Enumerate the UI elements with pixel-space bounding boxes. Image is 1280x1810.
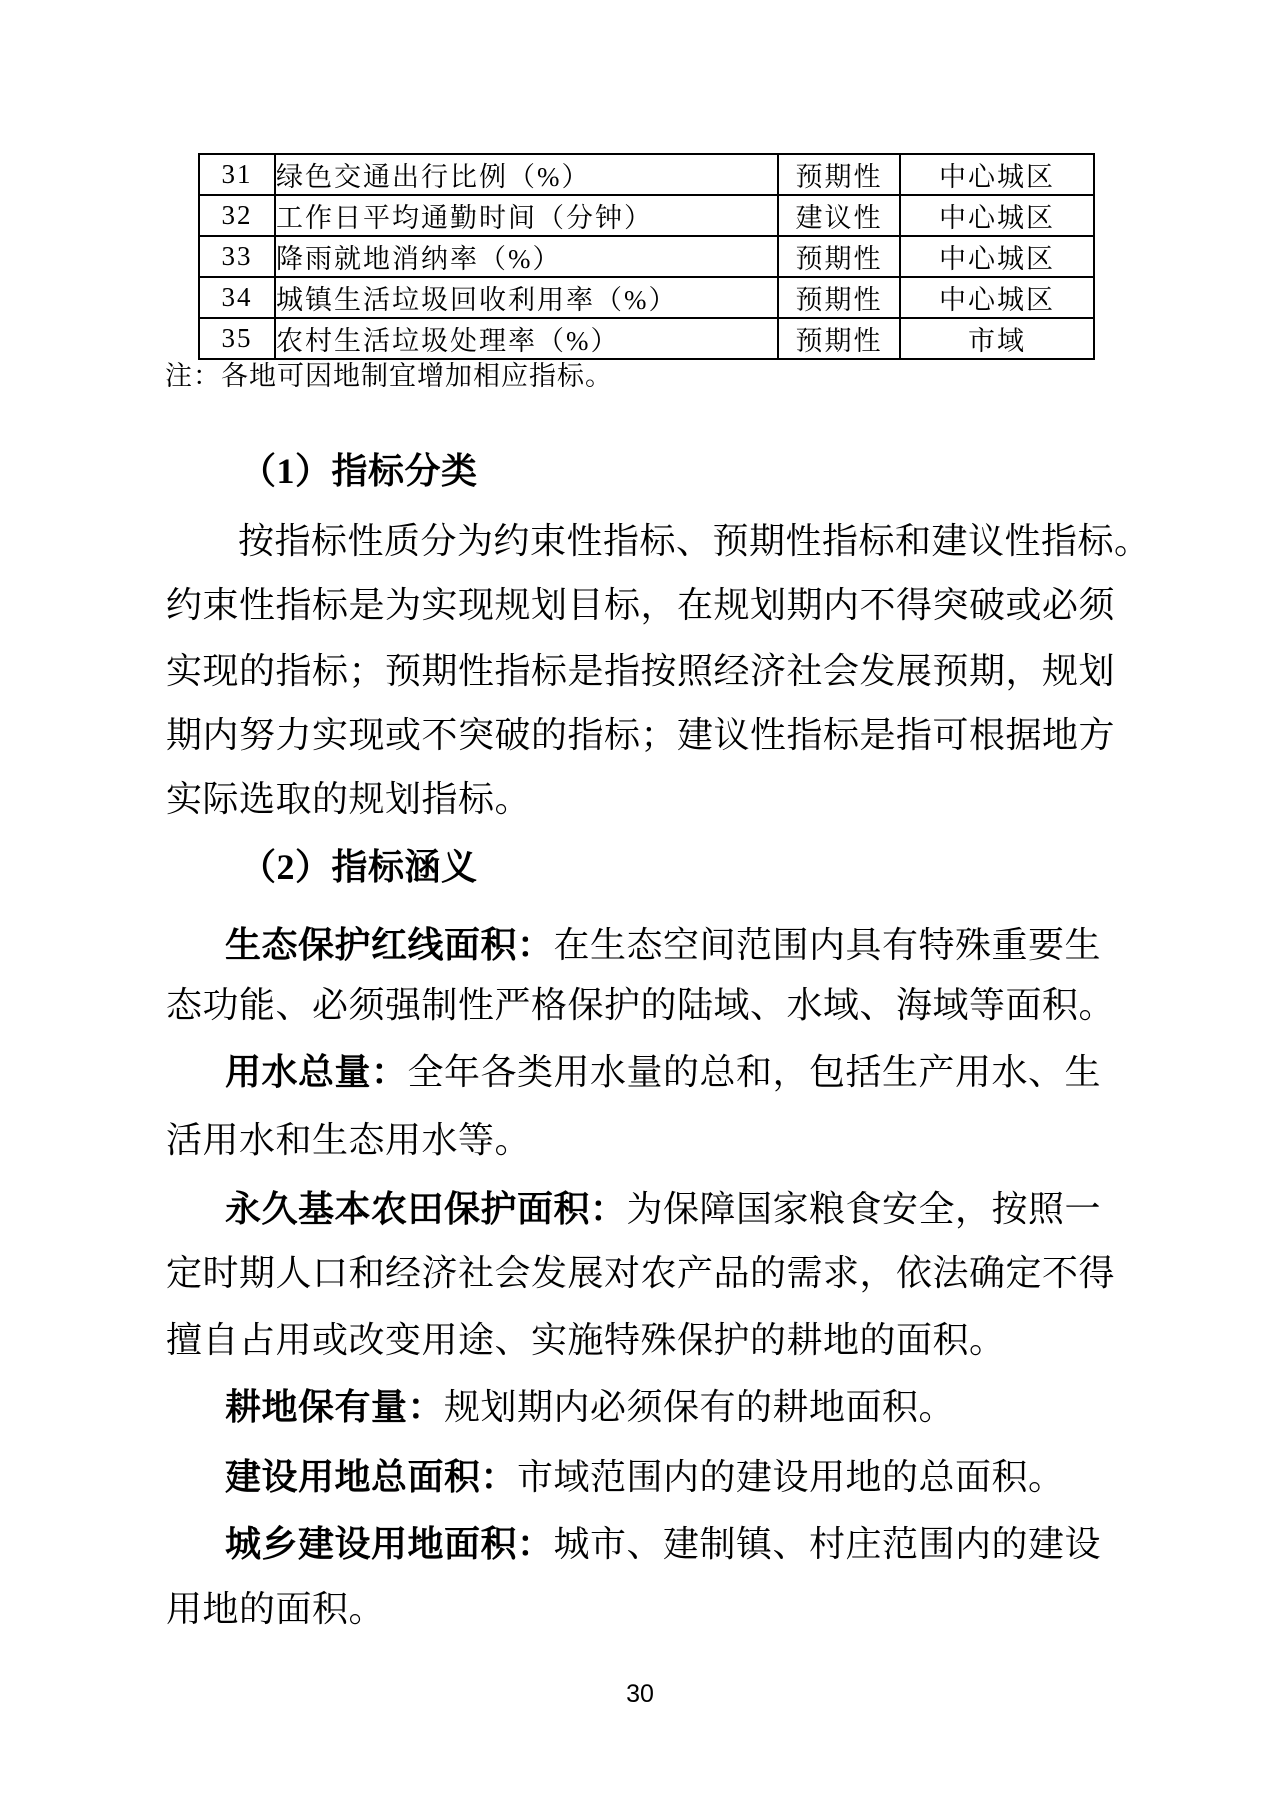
scope-cell: 中心城区	[900, 195, 1094, 236]
body-line: 用水总量：全年各类用水量的总和，包括生产用水、生	[225, 1054, 1101, 1090]
line-text: 市域范围内的建设用地的总面积。	[517, 1457, 1065, 1497]
bold-term: 生态保护红线面积：	[225, 925, 554, 965]
scope-cell: 中心城区	[900, 154, 1094, 195]
line-text: 用地的面积。	[166, 1589, 385, 1629]
indicator-name-cell: 绿色交通出行比例（%）	[275, 154, 778, 195]
body-line: 活用水和生态用水等。	[166, 1122, 531, 1158]
row-number-cell: 35	[199, 318, 275, 359]
bold-term: 城乡建设用地面积：	[225, 1524, 554, 1564]
line-text: 在生态空间范围内具有特殊重要生	[554, 925, 1102, 965]
table-row: 31 绿色交通出行比例（%） 预期性 中心城区	[199, 154, 1094, 195]
scope-cell: 市域	[900, 318, 1094, 359]
line-text: 实现的指标；预期性指标是指按照经济社会发展预期，规划	[166, 651, 1115, 691]
bold-term: 用水总量：	[225, 1052, 408, 1092]
line-text: 城市、建制镇、村庄范围内的建设	[554, 1524, 1102, 1564]
body-line: 擅自占用或改变用途、实施特殊保护的耕地的面积。	[166, 1322, 1006, 1358]
line-text: 活用水和生态用水等。	[166, 1120, 531, 1160]
table-row: 32 工作日平均通勤时间（分钟） 建议性 中心城区	[199, 195, 1094, 236]
row-number-cell: 34	[199, 277, 275, 318]
body-line: 永久基本农田保护面积：为保障国家粮食安全，按照一	[225, 1191, 1101, 1227]
indicator-type-cell: 建议性	[778, 195, 900, 236]
indicator-name-cell: 农村生活垃圾处理率（%）	[275, 318, 778, 359]
indicator-name-cell: 城镇生活垃圾回收利用率（%）	[275, 277, 778, 318]
indicator-type-cell: 预期性	[778, 236, 900, 277]
scope-cell: 中心城区	[900, 277, 1094, 318]
row-number-cell: 31	[199, 154, 275, 195]
body-line: 用地的面积。	[166, 1591, 385, 1627]
section-heading-1: （1）指标分类	[240, 453, 478, 489]
line-text: 规划期内必须保有的耕地面积。	[444, 1387, 955, 1427]
line-text: 定时期人口和经济社会发展对农产品的需求，依法确定不得	[166, 1253, 1115, 1293]
heading-text: （1）指标分类	[240, 451, 478, 491]
row-number-cell: 33	[199, 236, 275, 277]
body-line: 期内努力实现或不突破的指标；建议性指标是指可根据地方	[166, 717, 1115, 753]
body-line: 定时期人口和经济社会发展对农产品的需求，依法确定不得	[166, 1255, 1115, 1291]
body-line: 耕地保有量：规划期内必须保有的耕地面积。	[225, 1389, 955, 1425]
table-row: 34 城镇生活垃圾回收利用率（%） 预期性 中心城区	[199, 277, 1094, 318]
body-line: 实现的指标；预期性指标是指按照经济社会发展预期，规划	[166, 653, 1115, 689]
row-number-cell: 32	[199, 195, 275, 236]
page-number: 30	[0, 1680, 1280, 1709]
body-line: 实际选取的规划指标。	[166, 781, 531, 817]
body-line: 态功能、必须强制性严格保护的陆域、水域、海域等面积。	[166, 987, 1115, 1023]
indicator-table: 31 绿色交通出行比例（%） 预期性 中心城区 32 工作日平均通勤时间（分钟）…	[198, 153, 1095, 360]
indicator-name-cell: 降雨就地消纳率（%）	[275, 236, 778, 277]
body-line: 约束性指标是为实现规划目标，在规划期内不得突破或必须	[166, 587, 1115, 623]
table-row: 35 农村生活垃圾处理率（%） 预期性 市域	[199, 318, 1094, 359]
indicator-name-cell: 工作日平均通勤时间（分钟）	[275, 195, 778, 236]
line-text: 期内努力实现或不突破的指标；建议性指标是指可根据地方	[166, 715, 1115, 755]
document-page: 31 绿色交通出行比例（%） 预期性 中心城区 32 工作日平均通勤时间（分钟）…	[0, 0, 1280, 1810]
section-heading-2: （2）指标涵义	[240, 849, 478, 885]
line-text: 实际选取的规划指标。	[166, 779, 531, 819]
indicator-type-cell: 预期性	[778, 318, 900, 359]
body-line: 建设用地总面积：市域范围内的建设用地的总面积。	[225, 1459, 1065, 1495]
body-line: 城乡建设用地面积：城市、建制镇、村庄范围内的建设	[225, 1526, 1101, 1562]
line-text: 约束性指标是为实现规划目标，在规划期内不得突破或必须	[166, 585, 1115, 625]
bold-term: 建设用地总面积：	[225, 1457, 517, 1497]
table-row: 33 降雨就地消纳率（%） 预期性 中心城区	[199, 236, 1094, 277]
line-text: 全年各类用水量的总和，包括生产用水、生	[408, 1052, 1102, 1092]
bold-term: 耕地保有量：	[225, 1387, 444, 1427]
body-line: 按指标性质分为约束性指标、预期性指标和建议性指标。	[238, 523, 1151, 559]
line-text: 态功能、必须强制性严格保护的陆域、水域、海域等面积。	[166, 985, 1115, 1025]
body-line: 生态保护红线面积：在生态空间范围内具有特殊重要生	[225, 927, 1101, 963]
line-text: 按指标性质分为约束性指标、预期性指标和建议性指标。	[238, 521, 1151, 561]
table-note: 注：各地可因地制宜增加相应指标。	[165, 354, 613, 393]
heading-text: （2）指标涵义	[240, 847, 478, 887]
indicator-type-cell: 预期性	[778, 154, 900, 195]
line-text: 为保障国家粮食安全，按照一	[627, 1189, 1102, 1229]
scope-cell: 中心城区	[900, 236, 1094, 277]
line-text: 擅自占用或改变用途、实施特殊保护的耕地的面积。	[166, 1320, 1006, 1360]
indicator-type-cell: 预期性	[778, 277, 900, 318]
bold-term: 永久基本农田保护面积：	[225, 1189, 627, 1229]
